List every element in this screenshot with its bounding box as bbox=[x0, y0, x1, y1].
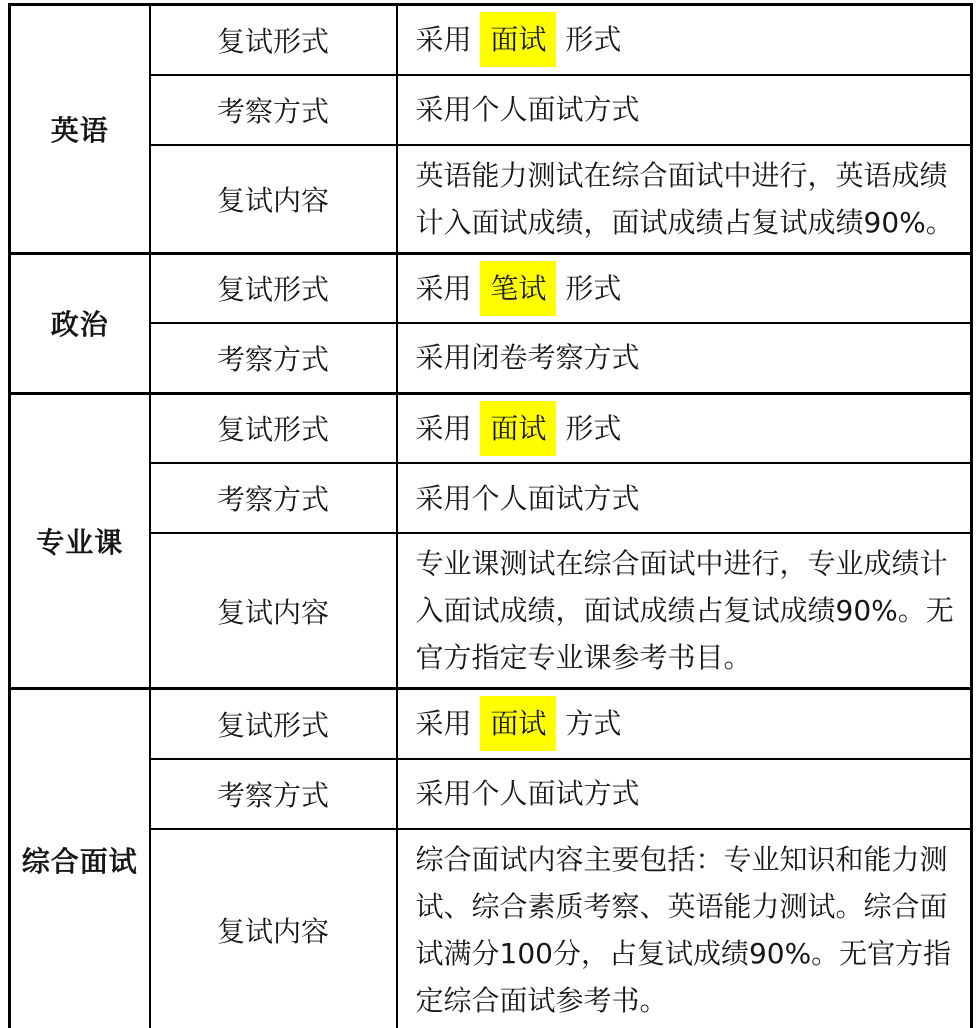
table-body: 英语复试形式采用 面试 形式考察方式采用个人面试方式复试内容英语能力测试在综合面… bbox=[10, 5, 972, 1028]
table-row: 复试内容综合面试内容主要包括：专业知识和能力测试、综合素质考察、英语能力测试。综… bbox=[10, 829, 972, 1028]
table-row: 复试内容专业课测试在综合面试中进行，专业成绩计入面试成绩，面试成绩占复试成绩90… bbox=[10, 533, 972, 689]
row-content-cell: 采用 面试 形式 bbox=[397, 393, 972, 463]
row-content-cell: 采用个人面试方式 bbox=[397, 463, 972, 533]
subject-cell: 英语 bbox=[10, 5, 150, 254]
row-content-cell: 采用 面试 方式 bbox=[397, 689, 972, 759]
row-label-cell: 复试内容 bbox=[150, 829, 397, 1028]
highlighted-term: 面试 bbox=[480, 12, 556, 67]
table-row: 专业课复试形式采用 面试 形式 bbox=[10, 393, 972, 463]
table-row: 考察方式采用个人面试方式 bbox=[10, 759, 972, 829]
row-label-cell: 复试内容 bbox=[150, 533, 397, 689]
row-label-cell: 复试形式 bbox=[150, 253, 397, 323]
row-label-cell: 考察方式 bbox=[150, 75, 397, 145]
table-row: 考察方式采用闭卷考察方式 bbox=[10, 323, 972, 393]
row-content-cell: 采用 笔试 形式 bbox=[397, 253, 972, 323]
row-label-cell: 复试形式 bbox=[150, 5, 397, 75]
document-page: 英语复试形式采用 面试 形式考察方式采用个人面试方式复试内容英语能力测试在综合面… bbox=[0, 0, 980, 1028]
highlighted-term: 面试 bbox=[480, 696, 556, 751]
table-row: 政治复试形式采用 笔试 形式 bbox=[10, 253, 972, 323]
row-label-cell: 复试内容 bbox=[150, 145, 397, 254]
subject-cell: 综合面试 bbox=[10, 689, 150, 1028]
row-label-cell: 考察方式 bbox=[150, 463, 397, 533]
subject-cell: 专业课 bbox=[10, 393, 150, 689]
table-row: 考察方式采用个人面试方式 bbox=[10, 463, 972, 533]
row-content-cell: 英语能力测试在综合面试中进行，英语成绩计入面试成绩，面试成绩占复试成绩90%。 bbox=[397, 145, 972, 254]
row-label-cell: 考察方式 bbox=[150, 323, 397, 393]
highlighted-term: 面试 bbox=[480, 401, 556, 456]
table-row: 考察方式采用个人面试方式 bbox=[10, 75, 972, 145]
row-content-cell: 采用 面试 形式 bbox=[397, 5, 972, 75]
highlighted-term: 笔试 bbox=[480, 261, 556, 316]
row-content-cell: 采用个人面试方式 bbox=[397, 75, 972, 145]
row-content-cell: 采用个人面试方式 bbox=[397, 759, 972, 829]
subject-cell: 政治 bbox=[10, 253, 150, 393]
row-content-cell: 专业课测试在综合面试中进行，专业成绩计入面试成绩，面试成绩占复试成绩90%。无官… bbox=[397, 533, 972, 689]
retest-info-table: 英语复试形式采用 面试 形式考察方式采用个人面试方式复试内容英语能力测试在综合面… bbox=[8, 3, 973, 1028]
row-content-cell: 采用闭卷考察方式 bbox=[397, 323, 972, 393]
row-label-cell: 复试形式 bbox=[150, 689, 397, 759]
table-row: 英语复试形式采用 面试 形式 bbox=[10, 5, 972, 75]
row-content-cell: 综合面试内容主要包括：专业知识和能力测试、综合素质考察、英语能力测试。综合面试满… bbox=[397, 829, 972, 1028]
row-label-cell: 复试形式 bbox=[150, 393, 397, 463]
table-row: 综合面试复试形式采用 面试 方式 bbox=[10, 689, 972, 759]
table-row: 复试内容英语能力测试在综合面试中进行，英语成绩计入面试成绩，面试成绩占复试成绩9… bbox=[10, 145, 972, 254]
row-label-cell: 考察方式 bbox=[150, 759, 397, 829]
